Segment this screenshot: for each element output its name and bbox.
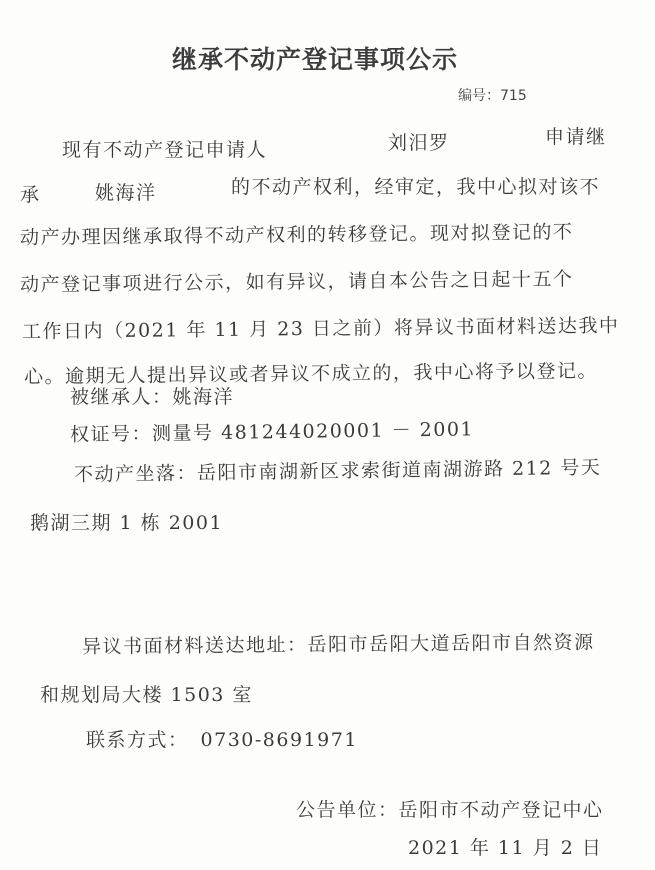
- location-value-line2: 鹅湖三期 1 栋 2001: [30, 508, 223, 535]
- issuer-value: 岳阳市不动产登记中心: [399, 799, 604, 821]
- decedent-field: 被继承人：姚海洋: [70, 382, 234, 409]
- body-line-4: 动产登记事项进行公示，如有异议，请自本公告之日起十五个: [20, 264, 574, 297]
- body-line-2-start: 承: [20, 180, 41, 207]
- body-line-2: 的不动产权利，经审定，我中心拟对该不: [231, 172, 600, 199]
- body-line-3: 动产办理因继承取得不动产权利的转移登记。现对拟登记的不: [20, 217, 574, 250]
- document-title: 继承不动产登记事项公示: [172, 40, 458, 76]
- decedent-label: 被继承人：: [70, 386, 173, 408]
- applicant-name: 刘汨罗: [388, 128, 450, 155]
- applicant-intro: 现有不动产登记申请人: [62, 139, 267, 161]
- location-value-line1: 岳阳市南湖新区求索街道南湖游路 212 号天: [197, 457, 602, 485]
- serial-label: 编号：: [458, 88, 500, 104]
- objection-address-line2: 和规划局大楼 1503 室: [40, 680, 253, 707]
- objection-address-label: 异议书面材料送达地址：: [82, 634, 308, 658]
- objection-address-line1: 岳阳市岳阳大道岳阳市自然资源: [307, 632, 594, 657]
- issuer-field: 公告单位：岳阳市不动产登记中心: [296, 795, 604, 822]
- contact-value: 0730-8691971: [201, 729, 358, 751]
- serial-value: 715: [500, 88, 527, 104]
- decedent-name-inline: 姚海洋: [95, 178, 157, 205]
- body-line-1: 现有不动产登记申请人: [62, 135, 267, 162]
- certificate-field: 权证号：测量号 481244020001 － 2001: [70, 414, 474, 447]
- objection-address-field: 异议书面材料送达地址：岳阳市岳阳大道岳阳市自然资源: [82, 628, 595, 659]
- contact-field: 联系方式：0730-8691971: [86, 725, 358, 752]
- issue-date: 2021 年 11 月 2 日: [408, 833, 602, 860]
- location-field: 不动产坐落：岳阳市南湖新区求索街道南湖游路 212 号天: [74, 453, 602, 487]
- serial-number: 编号：715: [458, 85, 527, 105]
- location-label: 不动产坐落：: [74, 462, 197, 486]
- certificate-value: 测量号 481244020001 － 2001: [152, 418, 474, 444]
- issuer-label: 公告单位：: [296, 799, 399, 821]
- certificate-label: 权证号：: [70, 423, 152, 446]
- contact-label: 联系方式：: [86, 729, 189, 751]
- body-line-5: 工作日内（2021 年 11 月 23 日之前）将异议书面材料送达我中: [22, 311, 620, 344]
- body-line-1-end: 申请继: [545, 122, 607, 149]
- decedent-value: 姚海洋: [173, 386, 235, 408]
